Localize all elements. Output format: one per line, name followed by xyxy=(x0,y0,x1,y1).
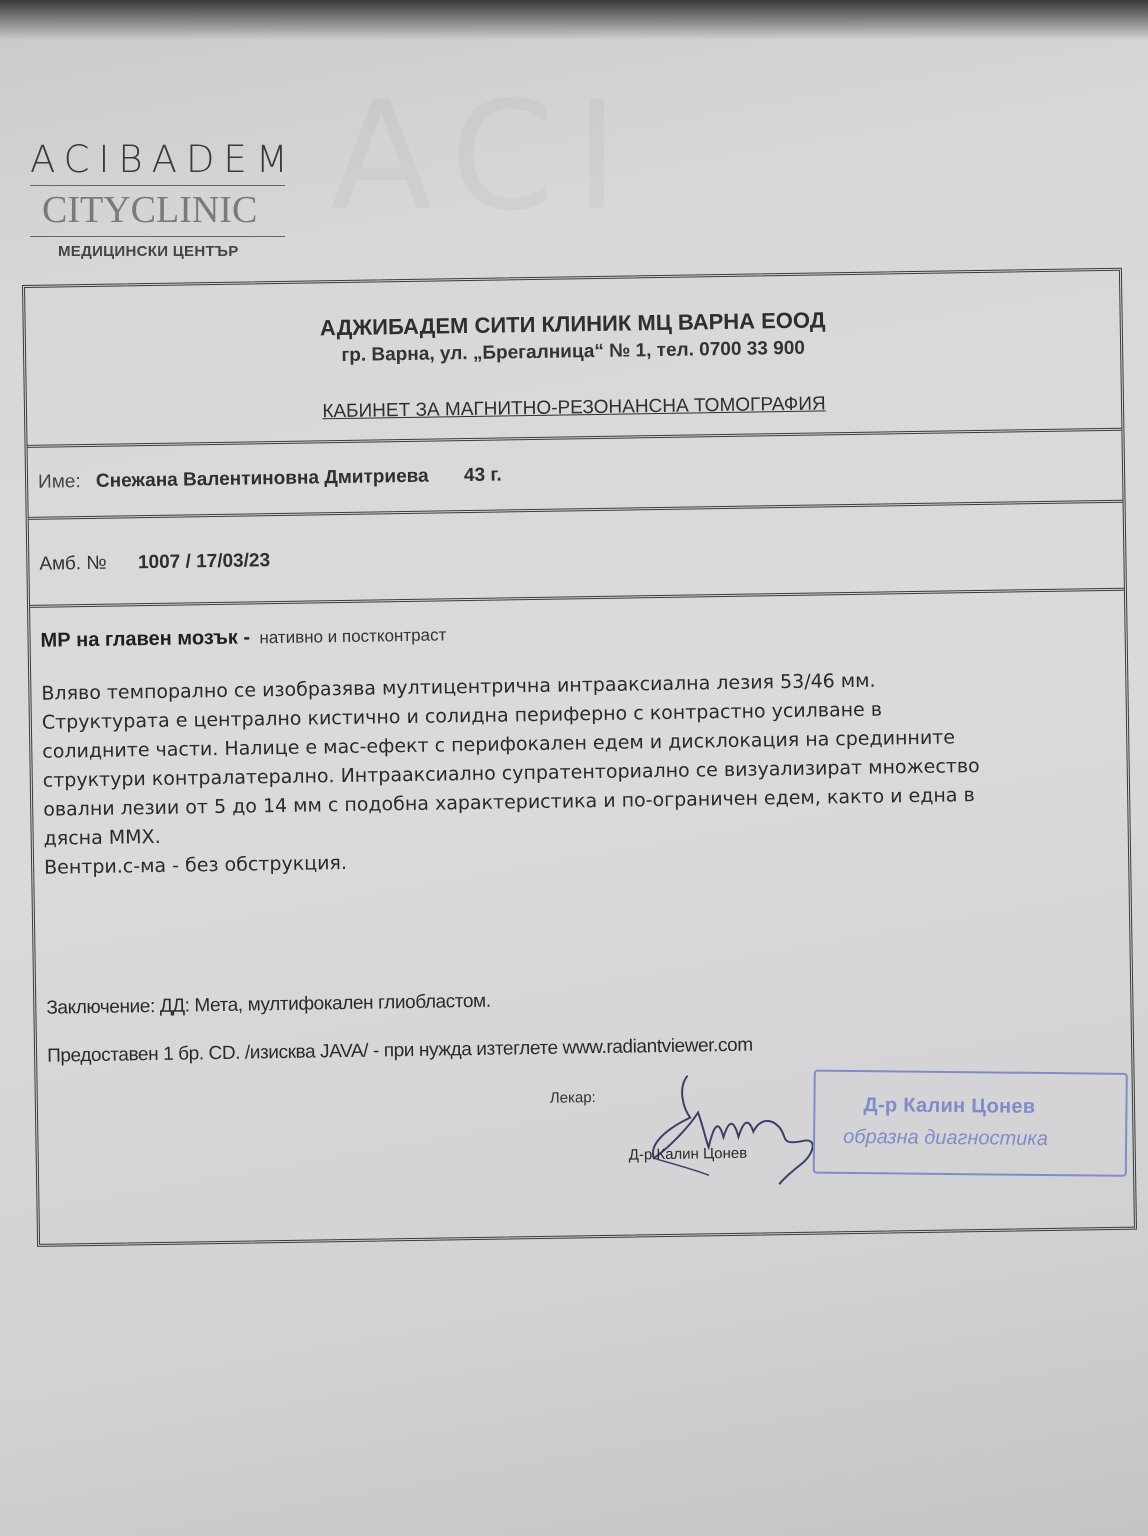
logo-sub-brand: CITYCLINIC xyxy=(42,188,290,232)
logo-sub-brand-second: CLINIC xyxy=(131,189,258,231)
ambulatory-info: Амб. № 1007 / 17/03/23 xyxy=(39,550,270,576)
logo-divider xyxy=(30,185,285,186)
doctor-name: Д-р Калин Цонев xyxy=(629,1145,748,1164)
report-header: АДЖИБАДЕМ СИТИ КЛИНИК МЦ ВАРНА ЕООД гр. … xyxy=(25,271,1121,448)
patient-info: Име: Снежана Валентиновна Дмитриева 43 г… xyxy=(38,464,502,493)
photo-top-shadow xyxy=(0,0,1148,40)
logo-sub-brand-first: CITY xyxy=(42,189,131,231)
conclusion: Заключение: ДД: Мета, мултифокален глиоб… xyxy=(46,991,491,1020)
report-body: МР на главен мозък - нативно и постконтр… xyxy=(30,591,1134,1238)
patient-name: Снежана Валентиновна Дмитриева xyxy=(96,466,429,492)
doctor-stamp: Д-р Калин Цонев образна диагностика xyxy=(813,1070,1128,1177)
exam-name: МР на главен мозък - xyxy=(40,626,250,651)
exam-title: МР на главен мозък - нативно и постконтр… xyxy=(40,623,446,652)
signature-icon xyxy=(627,1065,829,1188)
exam-subtitle: нативно и постконтраст xyxy=(259,625,446,647)
patient-age: 43 г. xyxy=(464,464,502,486)
department-title: КАБИНЕТ ЗА МАГНИТНО-РЕЗОНАНСНА ТОМОГРАФИ… xyxy=(27,389,1121,428)
clinic-logo: ACIBADEM CITYCLINIC МЕДИЦИНСКИ ЦЕНТЪР xyxy=(30,138,290,260)
ambulatory-number: 1007 / 17/03/23 xyxy=(138,550,270,573)
logo-tagline: МЕДИЦИНСКИ ЦЕНТЪР xyxy=(58,243,290,260)
stamp-specialty: образна диагностика xyxy=(843,1126,1048,1151)
doctor-label: Лекар: xyxy=(550,1089,596,1107)
ambulatory-label: Амб. № xyxy=(39,553,107,575)
findings-text: Вляво темпорално се изобразява мултицент… xyxy=(41,663,1124,883)
background-watermark: ACI xyxy=(330,70,639,244)
logo-brand: ACIBADEM xyxy=(30,138,290,181)
provided-media-note: Предоставен 1 бр. CD. /изисква JAVA/ - п… xyxy=(47,1035,753,1068)
logo-divider xyxy=(30,236,285,237)
report-frame: АДЖИБАДЕМ СИТИ КЛИНИК МЦ ВАРНА ЕООД гр. … xyxy=(22,268,1137,1247)
ambulatory-row: Амб. № 1007 / 17/03/23 xyxy=(29,503,1124,608)
stamp-doctor-name: Д-р Калин Цонев xyxy=(863,1094,1035,1119)
patient-name-label: Име: xyxy=(38,471,81,493)
